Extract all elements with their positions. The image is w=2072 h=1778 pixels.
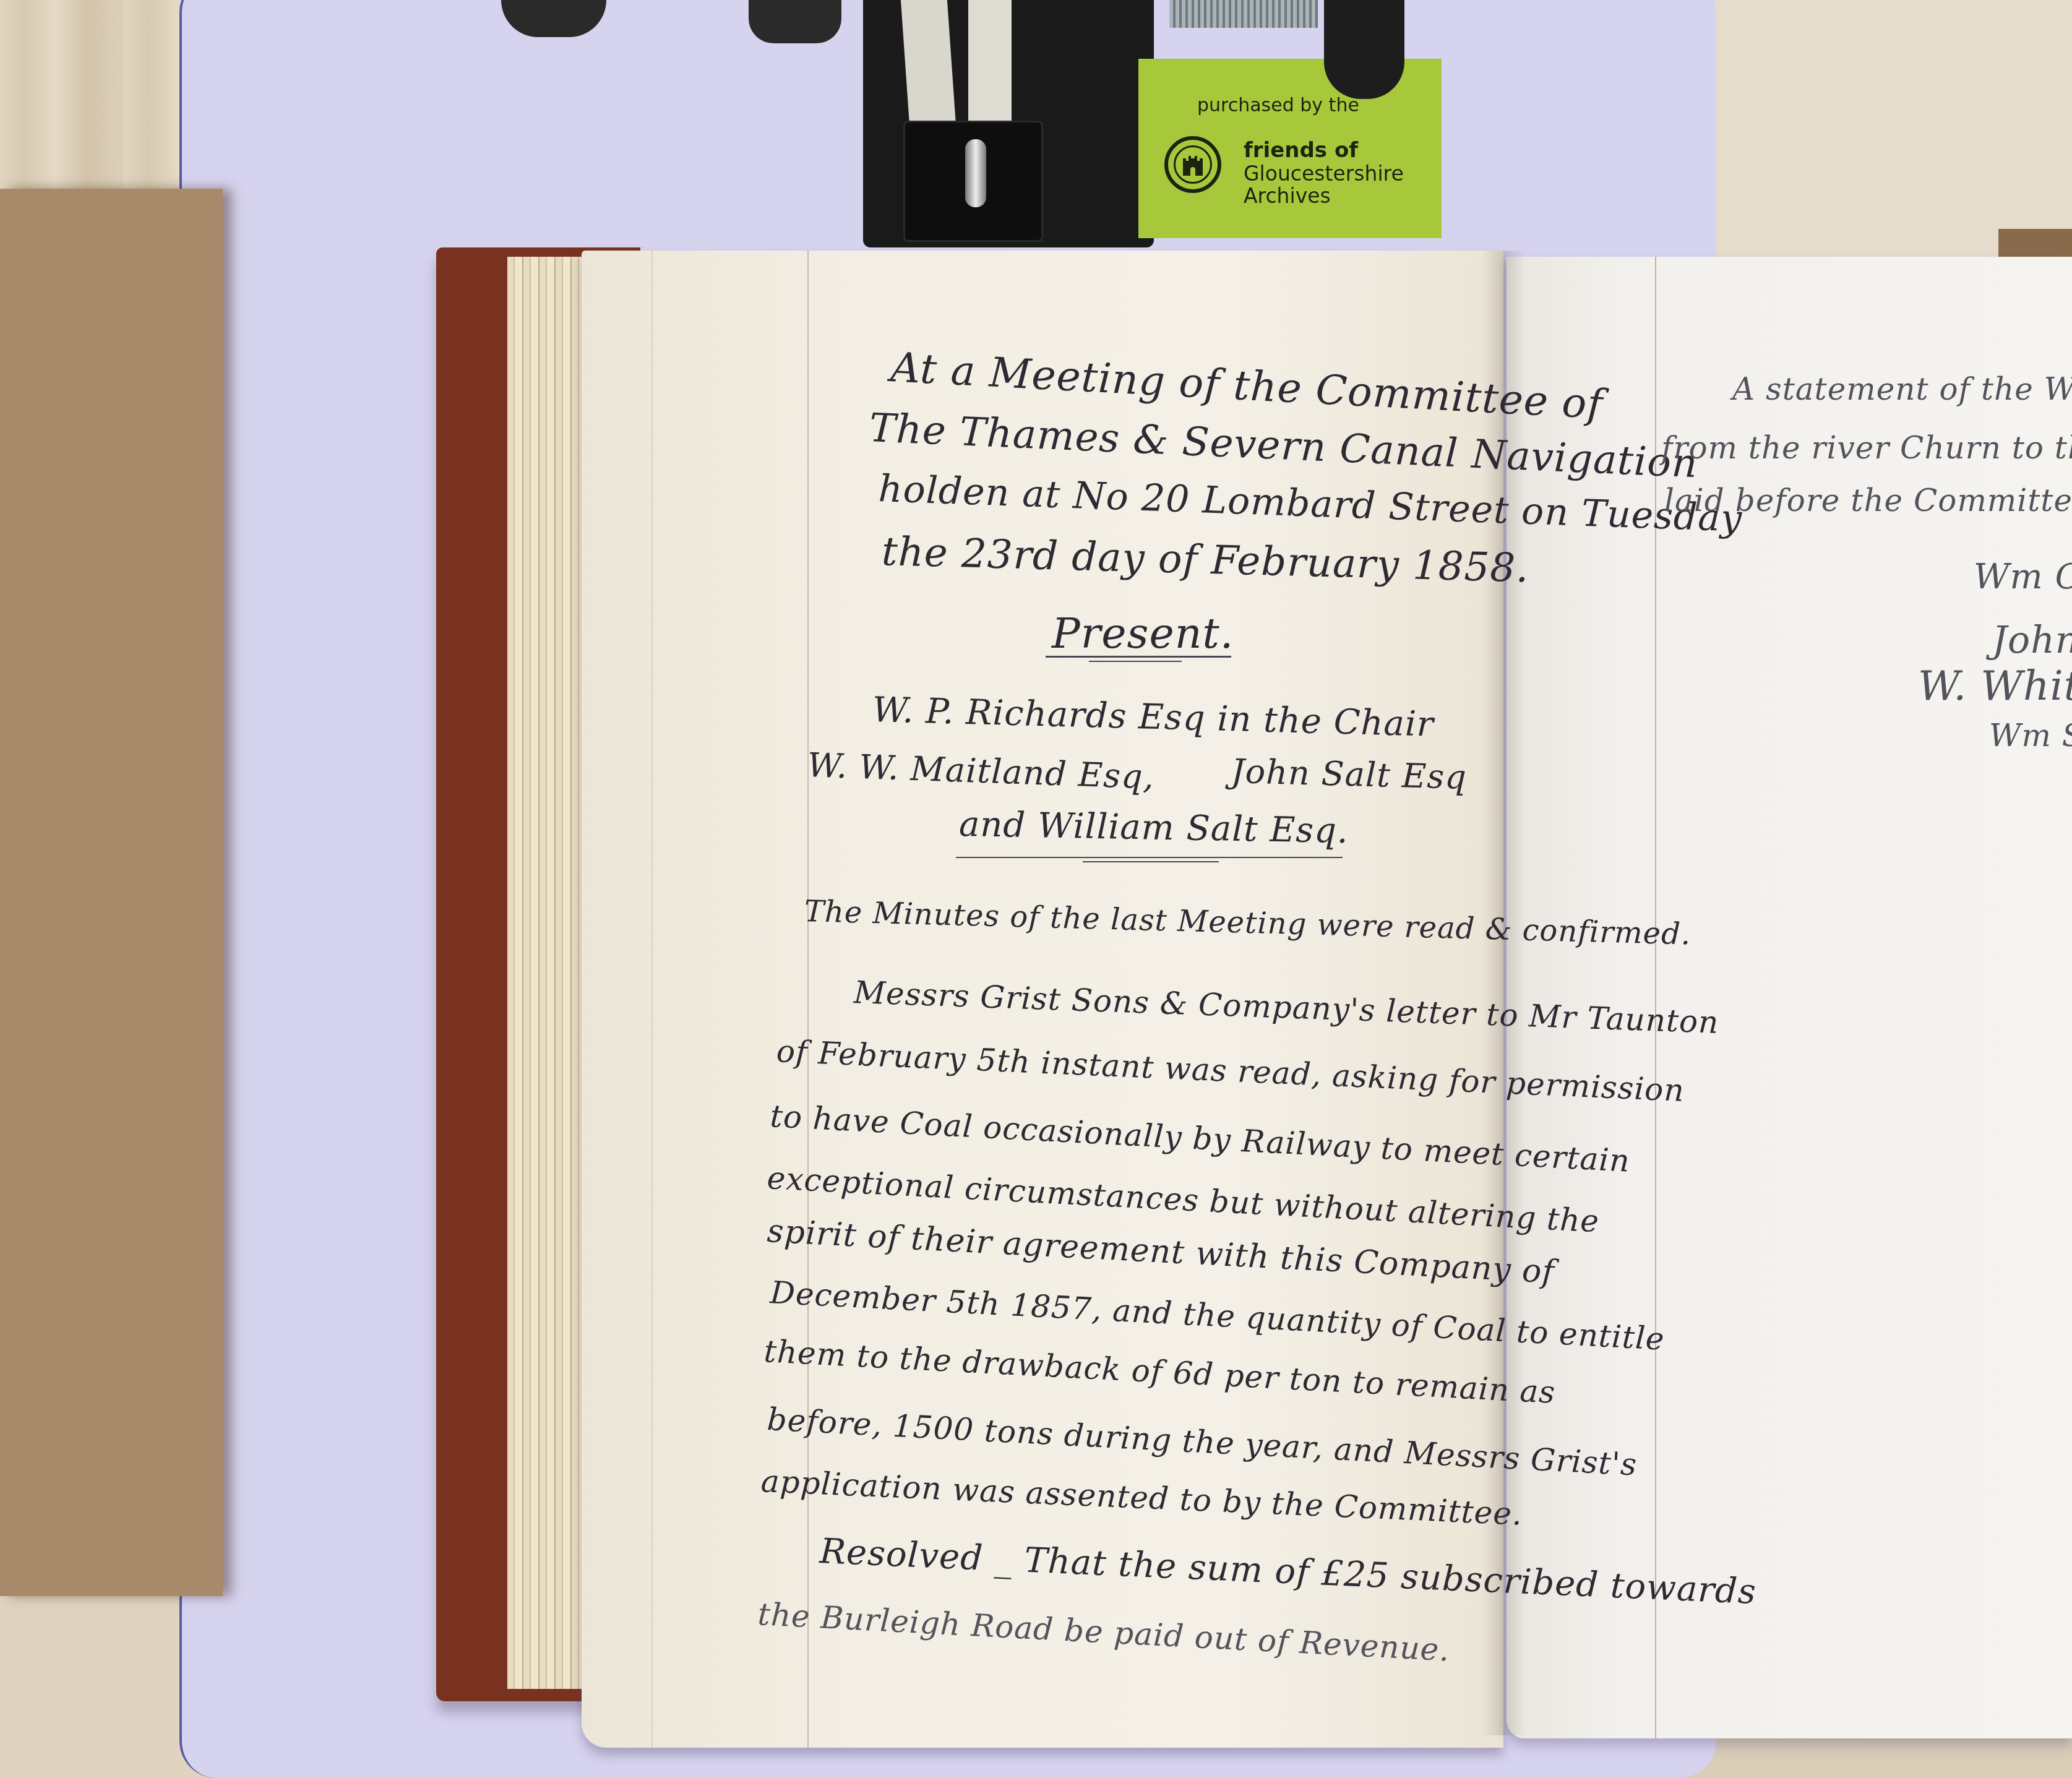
attendee: and William Salt Esq. [958, 804, 1349, 851]
castle-seal-icon [1164, 136, 1221, 193]
right-page-line: from the river Churn to th [1661, 430, 2072, 466]
clamp-bolt [965, 139, 986, 207]
signature: Wm C [1974, 557, 2072, 597]
signature: John [1992, 619, 2072, 662]
sponsor-label: purchased by the friends of Gloucestersh… [1138, 59, 1442, 238]
present-title: Present. [1052, 609, 1234, 658]
page-fold-line [651, 251, 653, 1748]
right-page-line: laid before the Committee [1664, 483, 2072, 518]
signature: W. White [1918, 662, 2072, 710]
clamp-knob-right [1324, 0, 1404, 99]
org-name-line1: friends of [1244, 138, 1358, 163]
brown-archive-folder [0, 189, 223, 1596]
signature: Wm S [1989, 718, 2072, 754]
book-cover-right [1998, 229, 2072, 260]
margin-rule [807, 251, 809, 1748]
castle-icon [1180, 152, 1205, 177]
clamp-threaded-screw [1169, 0, 1318, 28]
org-name-line2: Gloucestershire [1244, 161, 1404, 186]
org-name-line3: Archives [1244, 184, 1331, 208]
clamp-knob-middle [749, 0, 841, 43]
present-underline [1046, 656, 1231, 658]
right-page-line: A statement of the Wa [1732, 371, 2072, 407]
attendee: John Salt Esq [1231, 752, 1467, 797]
divider-rule [1083, 861, 1219, 862]
purchased-by-text: purchased by the [1197, 95, 1359, 116]
desk-surface-right [1714, 0, 2072, 260]
divider-rule [956, 857, 1343, 858]
present-underline [1089, 661, 1182, 662]
